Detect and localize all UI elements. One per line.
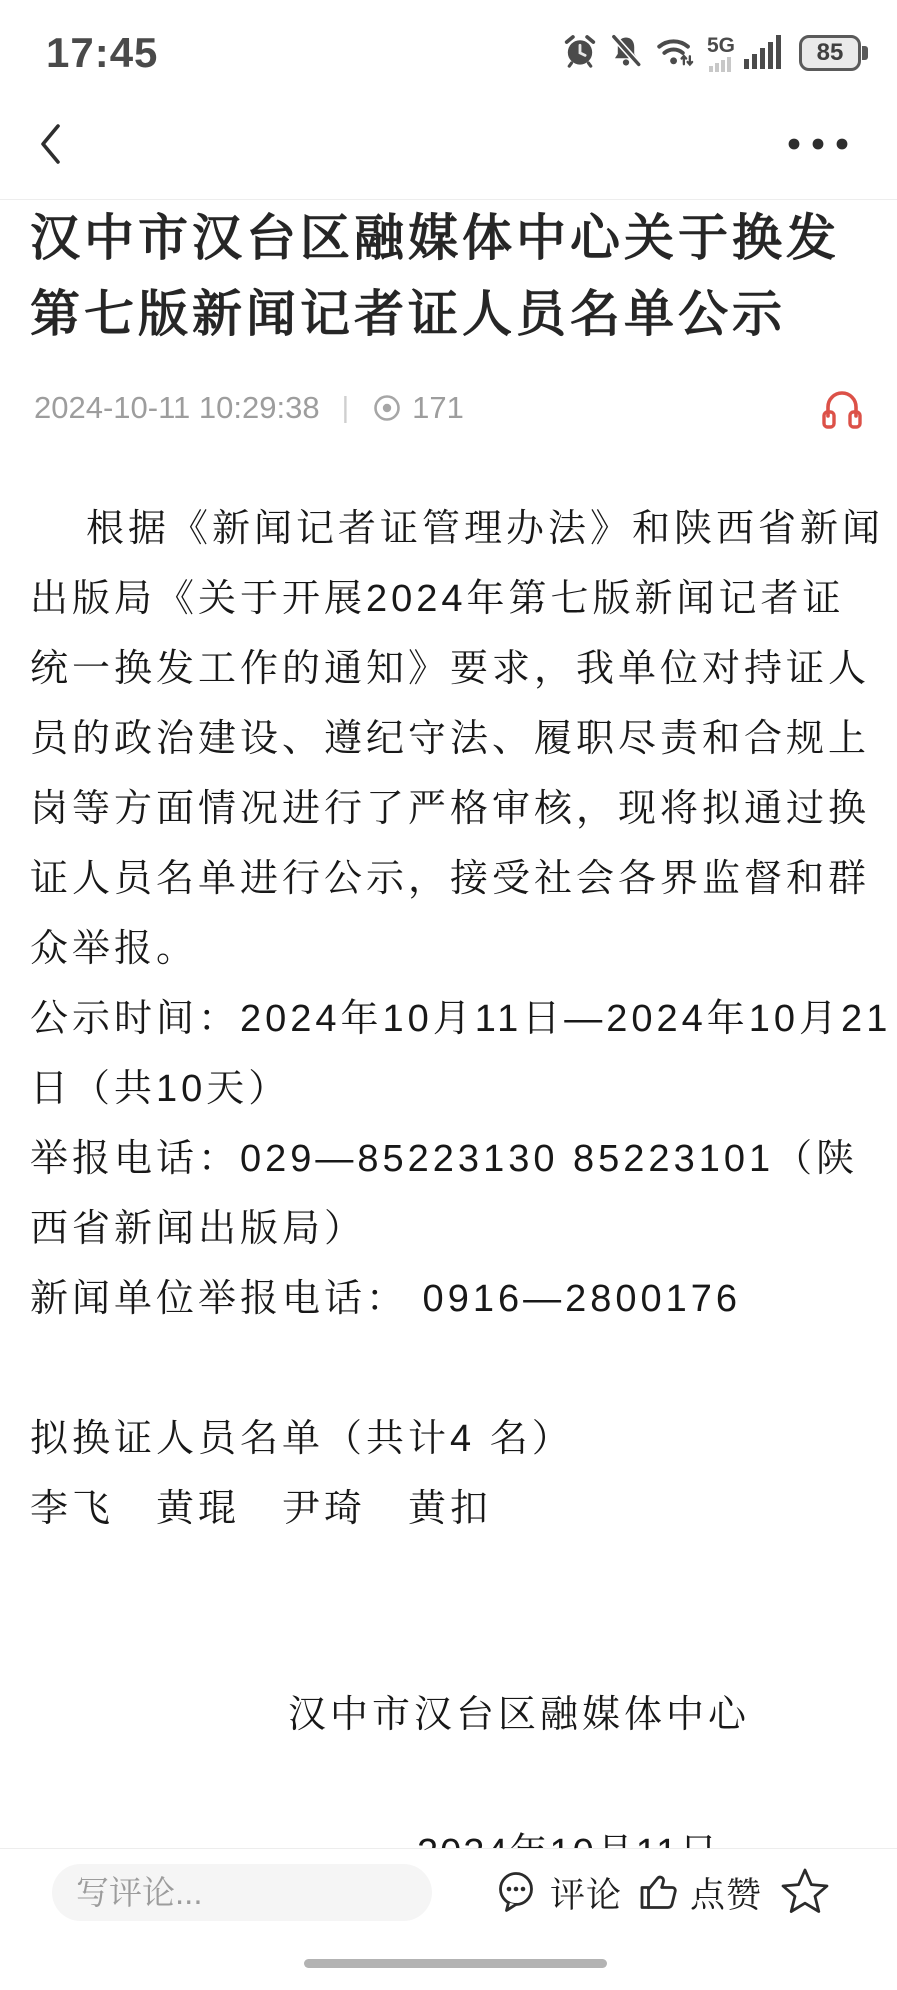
- publish-datetime: 2024-10-11 10:29:38: [34, 390, 320, 426]
- body-line: 公示时间：2024年10月11日—2024年10月21: [30, 984, 877, 1054]
- body-line: 员的政治建设、遵纪守法、履职尽责和合规上: [30, 704, 877, 774]
- back-chevron-icon: [32, 118, 70, 173]
- signature: 汉中市汉台区融媒体中心: [288, 1683, 750, 1738]
- nav-bar: [0, 92, 897, 200]
- comment-input[interactable]: [52, 1864, 432, 1921]
- battery-icon: 85: [799, 35, 861, 71]
- more-options-button[interactable]: [781, 131, 855, 160]
- views-count: 171: [412, 390, 464, 426]
- alarm-icon: [563, 33, 597, 74]
- article-title: 汉中市汉台区融媒体中心关于换发 第七版新闻记者证人员名单公示: [30, 200, 871, 352]
- phone-screen: 17:45: [0, 0, 897, 1990]
- more-dots-icon: [787, 137, 849, 154]
- status-time: 17:45: [46, 29, 158, 77]
- mute-bell-icon: [609, 33, 643, 74]
- signal-strength-icon: [743, 31, 783, 76]
- favorite-star-button[interactable]: [779, 1862, 831, 1922]
- body-line: 出版局《关于开展2024年第七版新闻记者证: [30, 564, 877, 634]
- article-meta: 2024-10-11 10:29:38 | 171: [34, 384, 865, 432]
- comment-button[interactable]: 评论: [492, 1864, 622, 1921]
- like-label: 点赞: [690, 1868, 762, 1918]
- home-indicator[interactable]: [304, 1959, 607, 1968]
- network-type-label: 5G: [707, 35, 735, 72]
- article-body: 根据《新闻记者证管理办法》和陕西省新闻 出版局《关于开展2024年第七版新闻记者…: [30, 494, 877, 1544]
- body-line: [30, 1334, 877, 1404]
- article-title-line2: 第七版新闻记者证人员名单公示: [30, 276, 871, 352]
- comment-input-pill: [52, 1864, 432, 1921]
- body-line: 拟换证人员名单（共计4 名）: [30, 1404, 877, 1474]
- body-line: 证人员名单进行公示，接受社会各界监督和群: [30, 844, 877, 914]
- headphones-icon: [819, 384, 865, 435]
- body-line: 举报电话：029—85223130 85223101（陕: [30, 1124, 877, 1194]
- status-icons: 5G 85: [563, 31, 861, 76]
- listen-audio-button[interactable]: [819, 384, 865, 435]
- body-line: 李飞 黄琨 尹琦 黄扣: [30, 1474, 877, 1544]
- views-icon: [371, 392, 403, 424]
- body-line: 日（共10天）: [30, 1054, 877, 1124]
- body-line: 西省新闻出版局）: [30, 1194, 877, 1264]
- body-line: 统一换发工作的通知》要求，我单位对持证人: [30, 634, 877, 704]
- like-button[interactable]: 点赞: [634, 1864, 762, 1921]
- body-line: 新闻单位举报电话： 0916—2800176: [30, 1264, 877, 1334]
- thumbs-up-icon: [634, 1868, 680, 1917]
- body-line: 岗等方面情况进行了严格审核，现将拟通过换: [30, 774, 877, 844]
- bottom-bar: 评论 点赞: [0, 1848, 897, 1990]
- article-title-line1: 汉中市汉台区融媒体中心关于换发: [30, 200, 871, 276]
- back-button[interactable]: [26, 112, 76, 179]
- comment-bubble-icon: [492, 1867, 540, 1918]
- comment-label: 评论: [550, 1868, 622, 1918]
- body-line: 根据《新闻记者证管理办法》和陕西省新闻: [30, 494, 877, 564]
- body-line: 众举报。: [30, 914, 877, 984]
- battery-percent: 85: [817, 39, 844, 67]
- meta-separator: |: [342, 392, 350, 425]
- status-bar: 17:45: [0, 0, 897, 92]
- signal-sim2-icon: [708, 56, 734, 72]
- star-icon: [779, 1865, 831, 1920]
- wifi-icon: [655, 33, 695, 74]
